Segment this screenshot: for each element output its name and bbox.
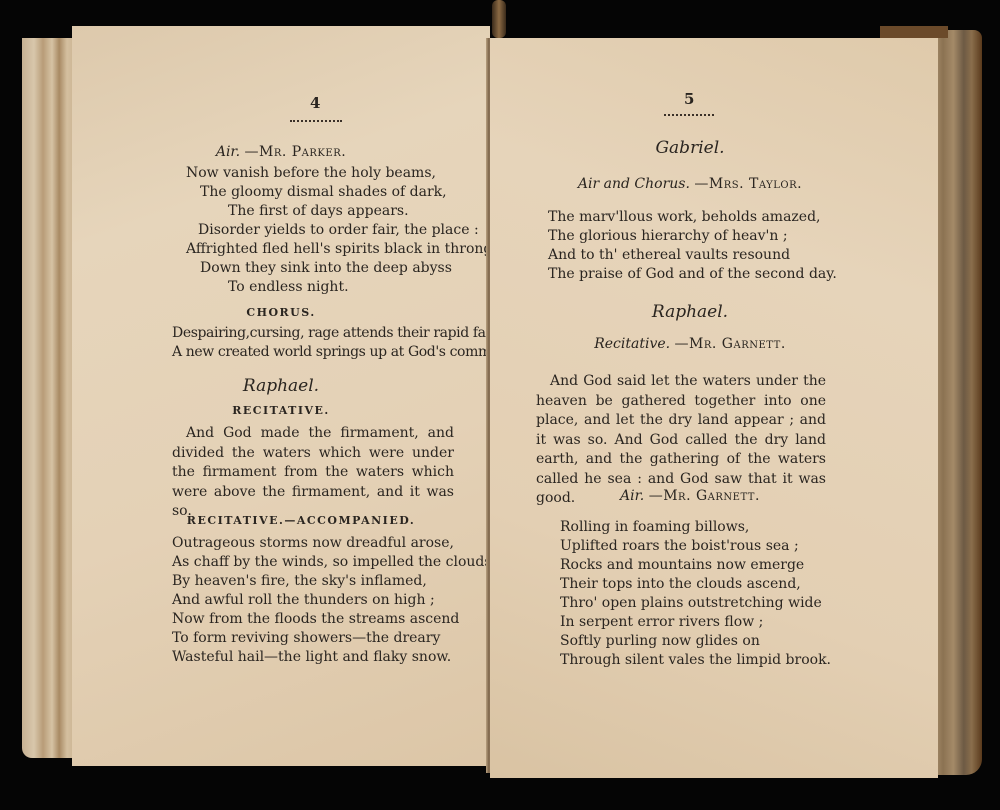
air-chorus-verse: The marv'llous work, beholds amazed, The… [548, 208, 837, 284]
verse-line: The marv'llous work, beholds amazed, [548, 208, 837, 227]
book-cover-edge [880, 26, 948, 38]
verse-line: To endless night. [186, 278, 504, 297]
performer: —Mr. Garnett. [649, 488, 760, 504]
verse-line: To form reviving showers—the dreary [172, 629, 496, 648]
verse-line: And to th' ethereal vaults resound [548, 246, 837, 265]
verse-line: Despairing,cursing, rage attends their r… [172, 324, 520, 343]
recitative-heading: RECITATIVE. [72, 404, 490, 417]
character-name: Raphael. [490, 302, 890, 322]
accompanied-verse: Outrageous storms now dreadful arose, As… [172, 534, 496, 667]
verse-line: Uplifted roars the boist'rous sea ; [560, 537, 831, 556]
recitative-label: Recitative. [594, 336, 670, 352]
performer: —Mr. Garnett. [675, 336, 786, 352]
bookmark-cord [492, 0, 506, 38]
performer: —Mrs. Taylor. [694, 176, 802, 192]
verse-line: Through silent vales the limpid brook. [560, 651, 831, 670]
performer: —Mr. Parker. [244, 144, 346, 160]
verse-line: Outrageous storms now dreadful arose, [172, 534, 496, 553]
ornamental-rule [290, 120, 342, 124]
verse-line: Wasteful hail—the light and flaky snow. [172, 648, 496, 667]
page-number: 4 [310, 94, 320, 112]
verse-line: Now from the floods the streams ascend [172, 610, 496, 629]
verse-line: And awful roll the thunders on high ; [172, 591, 496, 610]
air-label: Air and Chorus. [578, 176, 690, 192]
verse-line: Down they sink into the deep abyss [186, 259, 504, 278]
right-page: 5 Gabriel. Air and Chorus. —Mrs. Taylor.… [490, 38, 938, 778]
verse-line: Now vanish before the holy beams, [186, 164, 504, 183]
accompanied-heading: RECITATIVE.—ACCOMPANIED. [92, 514, 510, 527]
character-name: Gabriel. [490, 138, 890, 158]
air-heading: Air. —Mr. Garnett. [490, 488, 890, 504]
air-verse: Rolling in foaming billows, Uplifted roa… [560, 518, 831, 670]
air-heading: Air. —Mr. Parker. [72, 144, 490, 160]
air-verse: Now vanish before the holy beams, The gl… [186, 164, 504, 297]
verse-line: Their tops into the clouds ascend, [560, 575, 831, 594]
verse-line: Rolling in foaming billows, [560, 518, 831, 537]
verse-line: Affrighted fled hell's spirits black in … [186, 240, 504, 259]
verse-line: The first of days appears. [186, 202, 504, 221]
verse-line: By heaven's fire, the sky's inflamed, [172, 572, 496, 591]
verse-line: A new created world springs up at God's … [172, 343, 520, 362]
verse-line: As chaff by the winds, so impelled the c… [172, 553, 496, 572]
verse-line: The glorious hierarchy of heav'n ; [548, 227, 837, 246]
verse-line: The gloomy dismal shades of dark, [186, 183, 504, 202]
page-number: 5 [684, 90, 694, 108]
verse-line: Thro' open plains outstretching wide [560, 594, 831, 613]
ornamental-rule [664, 114, 714, 118]
air-label: Air. [620, 488, 644, 504]
character-name: Raphael. [72, 376, 490, 396]
recitative-heading: Recitative. —Mr. Garnett. [490, 336, 890, 352]
verse-line: Rocks and mountains now emerge [560, 556, 831, 575]
recitative-text: And God made the firmament, and divided … [172, 424, 454, 522]
air-chorus-heading: Air and Chorus. —Mrs. Taylor. [490, 176, 890, 192]
verse-line: Disorder yields to order fair, the place… [186, 221, 504, 240]
verse-line: Softly purling now glides on [560, 632, 831, 651]
chorus-verse: Despairing,cursing, rage attends their r… [172, 324, 520, 362]
air-label: Air. [216, 144, 240, 160]
left-page: 4 Air. —Mr. Parker. Now vanish before th… [72, 26, 490, 766]
verse-line: The praise of God and of the second day. [548, 265, 837, 284]
chorus-heading: CHORUS. [72, 306, 490, 319]
verse-line: In serpent error rivers flow ; [560, 613, 831, 632]
